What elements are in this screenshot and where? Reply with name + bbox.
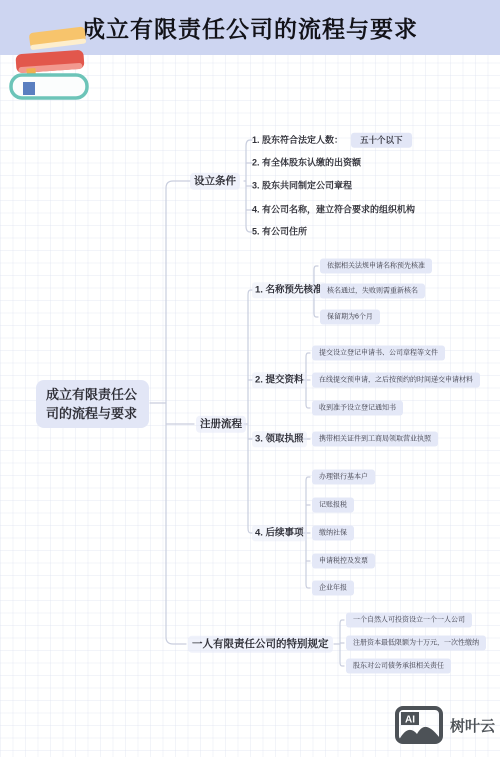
- sub-label-collect-license: 3. 领取执照: [252, 431, 307, 447]
- leaf-item: 提交设立登记申请书、公司章程等文件: [312, 346, 445, 361]
- tree-item: 5. 有公司住所: [252, 228, 307, 237]
- branch-label-setup-conditions: 设立条件: [190, 173, 240, 190]
- sub-label-name-preapproval: 1. 名称预先核准: [252, 282, 326, 298]
- sub-label-followup-matters: 4. 后续事项: [252, 525, 307, 541]
- branch-label-special-provisions: 一人有限责任公司的特别规定: [188, 636, 333, 653]
- leaf-item: 保留期为6个月: [320, 310, 380, 325]
- tree-item: 1. 股东符合法定人数： 五十个以下: [252, 133, 412, 148]
- tree-item: 4. 有公司名称，建立符合要求的组织机构: [252, 206, 415, 215]
- leaf-item: 企业年报: [312, 581, 354, 596]
- leaf-item: 携带相关证件到工商局领取营业执照: [312, 432, 438, 447]
- tree-item: 2. 有全体股东认缴的出资额: [252, 159, 361, 168]
- sub-label-submit-materials: 2. 提交资料: [252, 372, 307, 388]
- leaf-item: 在线提交预申请，之后按预约的时间递交申请材料: [312, 373, 480, 388]
- tree-item-text: 1. 股东符合法定人数：: [252, 136, 343, 145]
- leaf-item: 股东对公司债务承担相关责任: [346, 659, 451, 674]
- ai-logo-icon: AI: [395, 706, 443, 744]
- leaf-item: 注册资本最低限额为十万元，一次性缴纳: [346, 636, 486, 651]
- books-icon: [6, 22, 94, 104]
- watermark: AI 树叶云: [395, 706, 495, 744]
- brand-name: 树叶云: [450, 715, 495, 736]
- mindmap-canvas: 成立有限责任公司的流程与要求: [0, 0, 500, 757]
- leaf-item: 办理银行基本户: [312, 470, 375, 485]
- root-node: 成立有限责任公司的流程与要求: [36, 380, 149, 428]
- shareholder-count-badge: 五十个以下: [351, 133, 412, 148]
- leaf-item: 申请税控及发票: [312, 554, 375, 569]
- leaf-item: 收到准予设立登记通知书: [312, 401, 403, 416]
- leaf-item: 缴纳社保: [312, 526, 354, 541]
- branch-label-registration-process: 注册流程: [196, 416, 246, 433]
- leaf-item: 核名通过，失败则需重新核名: [320, 284, 425, 299]
- tree-item: 3. 股东共同制定公司章程: [252, 182, 352, 191]
- leaf-item: 记账报税: [312, 498, 354, 513]
- leaf-item: 一个自然人可投资设立一个一人公司: [346, 613, 472, 628]
- svg-text:AI: AI: [405, 715, 415, 726]
- leaf-item: 依据相关法规申请名称预先核准: [320, 259, 432, 274]
